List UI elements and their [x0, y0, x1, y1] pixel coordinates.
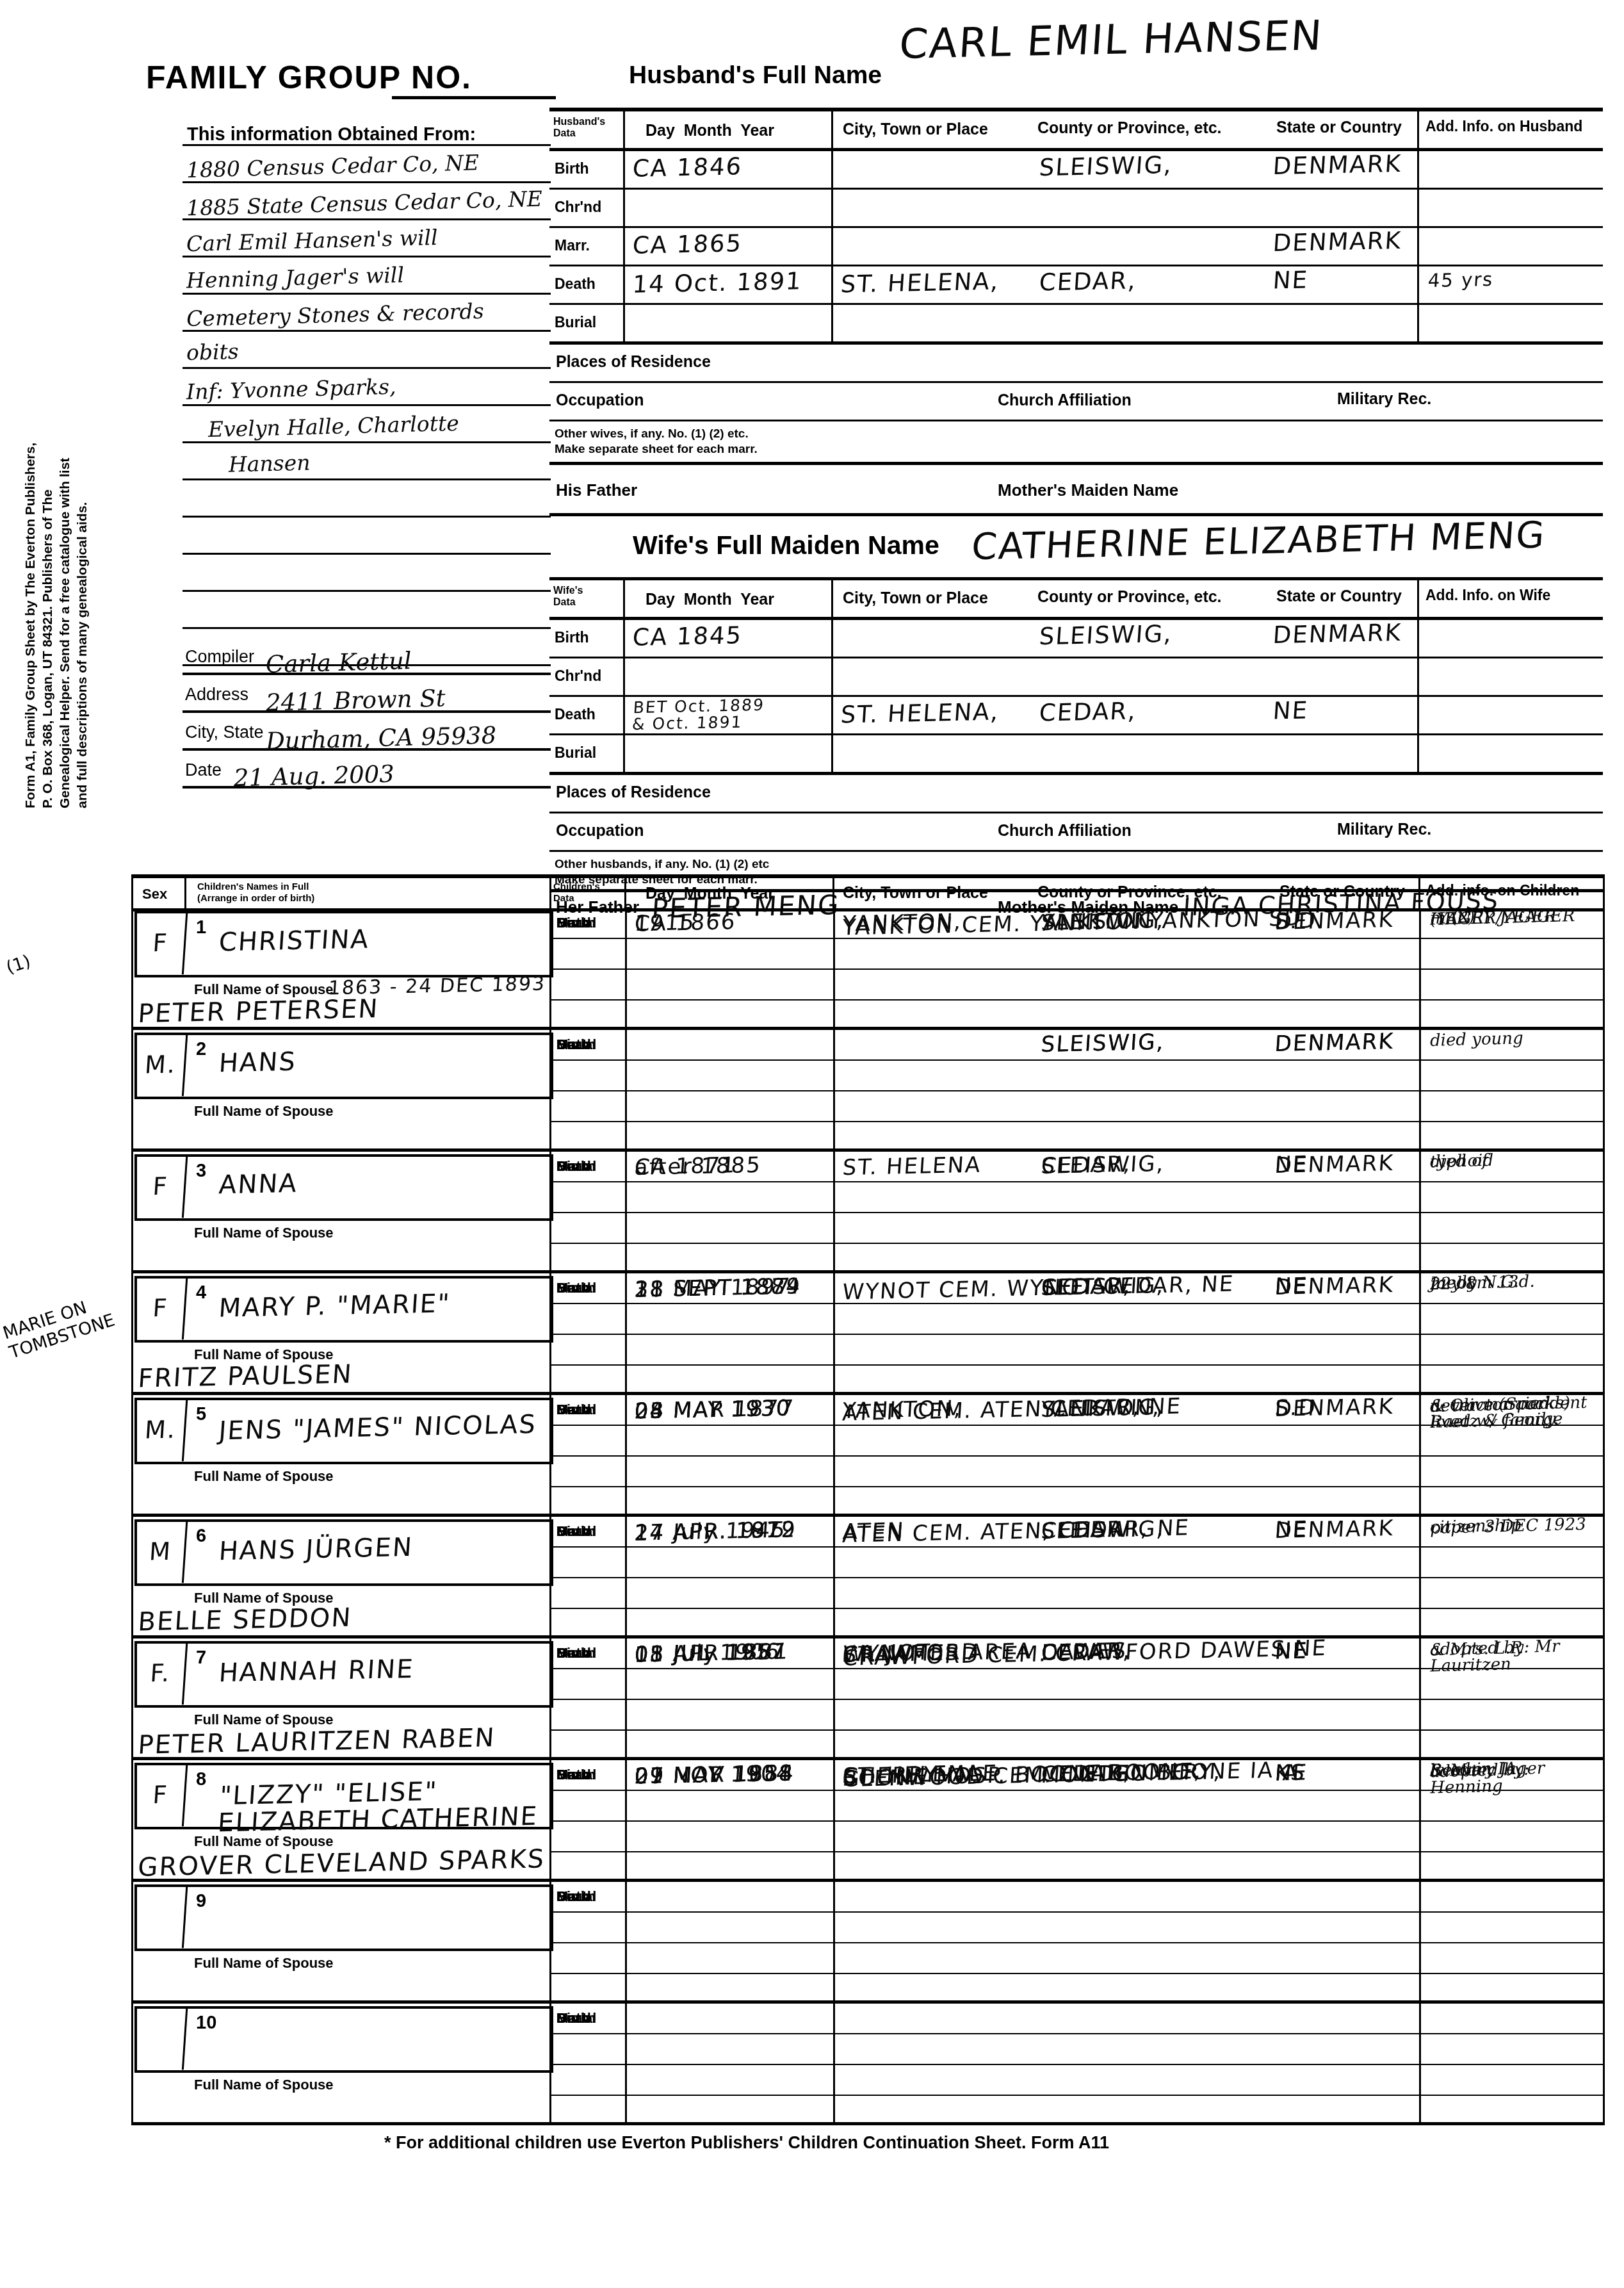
husband-column-header: Husband's Data Day Month Year City, Town… — [549, 111, 1603, 151]
occupation-label: Occupation — [556, 391, 644, 410]
child-row: M 6 HANS JÜRGEN Full Name of Spouse BELL… — [133, 1517, 1603, 1638]
child-row: F 8 "LIZZY" "ELISE" ELIZABETH CATHERINE … — [133, 1760, 1603, 1882]
source-line: Hansen — [183, 443, 551, 480]
marriage-date-value: CA 1865 — [631, 229, 743, 259]
child-marriage-row: Marr. 28 SEPT 1889 CEDAR, NE Jaedt — [551, 1304, 1605, 1335]
date-row: Date 21 Aug. 2003 — [183, 751, 551, 789]
source-line: 1880 Census Cedar Co, NE — [183, 146, 551, 183]
spouse-label: Full Name of Spouse — [194, 1103, 334, 1120]
spouse-label: Full Name of Spouse — [194, 1833, 334, 1850]
child-vitals: Birth SLEISWIG, DENMARK Marr. Death SLEI… — [549, 1030, 1605, 1148]
child-marriage-row: Marr. — [551, 1061, 1605, 1091]
spouse-label: Full Name of Spouse — [194, 2077, 334, 2093]
margin-annotation — [7, 1893, 126, 1933]
margin-annotation: MARIE ON TOMBSTONE — [1, 1286, 133, 1363]
row-label: Burial — [556, 1280, 596, 1296]
child-burial-row: Burial 08 MAY 1930 ATEN CEM. ATEN CEDAR,… — [551, 1487, 1605, 1517]
child-death-row: Death SLEISWIG, DENMARK died young — [551, 1091, 1605, 1122]
child-name-box: F 1 CHRISTINA — [134, 911, 553, 977]
spouse-name-value: PETER LAURITZEN RABEN — [137, 1723, 496, 1760]
husband-birth-row: Birth CA 1846 SLEISWIG, DENMARK — [549, 151, 1603, 190]
death-state-value: DENMARK — [1274, 1029, 1395, 1057]
add-info-husband-header: Add. Info. on Husband — [1425, 118, 1582, 135]
child-name-value: HANNAH RINE — [218, 1656, 415, 1687]
military-rec-label: Military Rec. — [1337, 390, 1431, 409]
child-name-value: CHRISTINA — [218, 926, 370, 956]
row-label: Burial — [556, 1523, 596, 1540]
burial-date-value: 08 MAY 1930 — [633, 1395, 792, 1424]
child-row: F 3 ANNA Full Name of Spouse Birth CA 18… — [133, 1152, 1603, 1273]
compiler-block: Compiler Carla Kettul Address 2411 Brown… — [183, 637, 551, 789]
child-burial-row: Burial YANKTON CEM. YANKTON YANKTON SD — [551, 1001, 1605, 1030]
death-city-value: ST. HELENA, — [840, 698, 1000, 728]
marriage-add-info-value: & Mrs. L.P. Lauritzen — [1429, 1638, 1605, 1674]
child-row: M. 2 HANS Full Name of Spouse Birth SLEI… — [133, 1030, 1603, 1152]
child-birth-row: Birth — [551, 2004, 1605, 2034]
birth-state-value: DENMARK — [1272, 150, 1402, 180]
child-name-value: "LIZZY" "ELISE" ELIZABETH CATHERINE — [217, 1776, 540, 1836]
child-name-box: M 6 HANS JÜRGEN — [134, 1519, 553, 1586]
husband-occupation-row: Occupation Church Affiliation Military R… — [549, 383, 1603, 421]
child-number: 4 — [196, 1282, 206, 1303]
row-label: Burial — [556, 1036, 596, 1053]
places-of-residence-label: Places of Residence — [556, 783, 711, 802]
his-father-row: His Father Mother's Maiden Name — [549, 465, 1603, 516]
child-number: 10 — [196, 2013, 216, 2034]
marriage-add-info-value: paper 3 DEC 1923 — [1430, 1517, 1586, 1537]
spouse-name-value: FRITZ PAULSEN — [137, 1360, 353, 1394]
child-marriage-row: Marr. & Olive (Sparks) Raetz & family. — [551, 1426, 1605, 1457]
margin-annotation — [7, 1772, 126, 1811]
child-marriage-row: Marr. HENRY JAGER — [551, 939, 1605, 970]
child-death-row: Death after 1885 ST. HELENA CEDAR, NE ty… — [551, 1213, 1605, 1244]
death-state-value: IA — [1274, 1760, 1300, 1786]
spouse-label: Full Name of Spouse — [194, 1468, 334, 1485]
child-row: MARIE ON TOMBSTONE F 4 MARY P. "MARIE" F… — [133, 1273, 1603, 1395]
row-label: Death — [555, 275, 596, 293]
margin-annotation — [7, 1042, 126, 1081]
death-date-value: 31 MAY 1897 — [633, 1273, 792, 1302]
child-number: 9 — [196, 1891, 206, 1912]
margin-annotation — [7, 1528, 126, 1567]
wife-burial-row: Burial — [549, 735, 1603, 775]
birth-date-value: CA 1845 — [631, 621, 743, 651]
husband-places-row: Places of Residence — [549, 345, 1603, 383]
row-label: Death — [555, 706, 596, 723]
child-number: 6 — [196, 1526, 206, 1547]
child-vitals: Birth 18 SEPT 1874 SLEISWIG, DENMARK m: … — [549, 1273, 1605, 1392]
child-vitals: Birth Marr. Death — [549, 1882, 1605, 2000]
death-date-value: BET Oct. 1889 & Oct. 1891 — [631, 697, 765, 733]
child-row: (1) F 1 CHRISTINA Full Name of Spouse 18… — [133, 908, 1603, 1030]
child-burial-row: Burial — [551, 2096, 1605, 2125]
death-add-info-value: d: tractor accident — [1430, 1395, 1587, 1415]
row-label: Burial — [556, 1767, 596, 1783]
date-label: Date — [185, 760, 222, 780]
row-label: Burial — [555, 314, 596, 331]
sources-label: This information Obtained From: — [187, 124, 476, 145]
death-add-info-value: 45 yrs — [1427, 270, 1494, 290]
spouse-name-value: PETER PETERSEN — [137, 994, 380, 1029]
burial-date-value: 09 NOV 1958 — [633, 1760, 794, 1789]
child-row: 10 Full Name of Spouse Birth Marr. — [133, 2004, 1603, 2125]
sources-list: 1880 Census Cedar Co, NE 1885 State Cens… — [183, 144, 551, 666]
wife-title-row: Wife's Full Maiden Name CATHERINE ELIZAB… — [549, 516, 1603, 580]
child-vitals: Birth Marr. Death — [549, 2004, 1605, 2122]
death-state-value: NE — [1274, 1151, 1309, 1177]
death-add-info-value: 22y 8m 13d. — [1430, 1274, 1535, 1293]
row-label: Burial — [556, 1401, 596, 1418]
husband-marriage-row: Marr. CA 1865 DENMARK — [549, 228, 1603, 266]
child-death-row: Death 07 NOV 1958 BOONE HOSP. BOONE BOON… — [551, 1822, 1605, 1852]
child-death-row: Death 31 MAY 1897 CEDAR, NE 22y 8m 13d. — [551, 1335, 1605, 1366]
death-add-info-value: typhoid — [1430, 1153, 1494, 1171]
death-add-info-value: died young — [1430, 1031, 1523, 1049]
death-city-value: ST. HELENA, — [840, 267, 1000, 298]
row-label: Burial — [556, 1888, 596, 1905]
footer-note: * For additional children use Everton Pu… — [384, 2133, 1109, 2153]
child-vitals: Birth 15 APR 1881 ST. JAMES AREA CEDAR, … — [549, 1638, 1605, 1757]
address-label: Address — [185, 685, 248, 705]
death-date-value: after 1885 — [634, 1152, 763, 1181]
birth-state-value: DENMARK — [1272, 619, 1402, 649]
child-marriage-row: Marr. 24 APR. 1912 paper 3 DEC 1923 — [551, 1548, 1605, 1578]
child-death-row: Death 17 July 1945 ATEN CEDAR NE — [551, 1578, 1605, 1609]
burial-add-info-value: Beaver, IA — [1430, 1761, 1517, 1779]
child-name-value: HANS JÜRGEN — [218, 1534, 414, 1565]
death-date-value: 14 Oct. 1891 — [631, 267, 803, 298]
state-header: State or Country — [1276, 587, 1402, 606]
child-vitals: Birth CA 1871 SLEISWIG, DENMARK Marr. di… — [549, 1152, 1605, 1270]
source-line: Cemetery Stones & records — [183, 295, 551, 332]
child-burial-row: Burial — [551, 1244, 1605, 1273]
child-row: F. 7 HANNAH RINE Full Name of Spouse PET… — [133, 1638, 1603, 1760]
day-month-year-header: Day Month Year — [646, 591, 774, 609]
child-sex-value — [135, 1886, 188, 1949]
death-county-value: CEDAR, — [1038, 697, 1137, 726]
address-row: Address 2411 Brown St — [183, 675, 551, 713]
child-name-box: F 8 "LIZZY" "ELISE" ELIZABETH CATHERINE — [134, 1763, 553, 1829]
wife-name-value: CATHERINE ELIZABETH MENG — [970, 514, 1547, 569]
spouse-name-value: BELLE SEDDON — [137, 1603, 353, 1637]
row-label: Burial — [556, 1645, 596, 1662]
date-value: 21 Aug. 2003 — [233, 760, 394, 792]
state-header: State or Country — [1279, 883, 1405, 901]
child-sex-value: F. — [135, 1643, 188, 1706]
source-text: Hansen — [229, 450, 311, 477]
children-table: Sex Children's Names in Full (Arrange in… — [131, 874, 1605, 2125]
wife-birth-row: Birth CA 1845 SLEISWIG, DENMARK — [549, 620, 1603, 658]
other-wives-note: Other wives, if any. No. (1) (2) etc. Ma… — [555, 427, 758, 457]
child-name-box: F. 7 HANNAH RINE — [134, 1641, 553, 1708]
military-rec-label: Military Rec. — [1337, 821, 1431, 839]
city-header: City, Town or Place — [843, 120, 988, 139]
wife-column-header: Wife's Data Day Month Year City, Town or… — [549, 580, 1603, 620]
child-name-value: JENS "JAMES" NICOLAS — [218, 1411, 537, 1444]
child-birth-row: Birth — [551, 1882, 1605, 1913]
blank-rule-line — [183, 518, 551, 555]
marriage-state-value: DENMARK — [1272, 227, 1402, 257]
child-row: 9 Full Name of Spouse Birth Marr. — [133, 1882, 1603, 2004]
death-add-info-value: (YAGER/YEAGER — [1430, 908, 1575, 928]
spouse-name-value: GROVER CLEVELAND SPARKS — [137, 1844, 546, 1882]
source-text: Carl Emil Hansen's will — [186, 225, 438, 256]
death-county-value: CEDAR, — [1038, 266, 1137, 296]
child-sex-value — [135, 2008, 188, 2071]
child-name-value: HANS — [218, 1049, 298, 1077]
death-city-value: ST. HELENA — [841, 1152, 982, 1181]
husband-name-value: CARL EMIL HANSEN — [898, 12, 1324, 69]
death-state-value: NE — [1274, 1516, 1309, 1542]
death-date-value: 17 July 1945 — [633, 1517, 787, 1546]
family-group-sheet-page: Form A1, Family Group Sheet by The Evert… — [0, 0, 1624, 2288]
source-text: Cemetery Stones & records — [186, 298, 484, 331]
margin-annotation — [7, 2015, 126, 2054]
birth-county-value: SLEISWIG, — [1038, 151, 1173, 181]
birth-date-value: CA 1846 — [631, 152, 743, 183]
spouse-label: Full Name of Spouse — [194, 1225, 334, 1241]
death-state-value: NE — [1272, 696, 1310, 724]
margin-annotation — [7, 1650, 126, 1689]
county-header: County or Province, etc. — [1037, 883, 1222, 902]
places-of-residence-label: Places of Residence — [556, 353, 711, 372]
child-sex-value: M — [135, 1521, 188, 1584]
church-affiliation-label: Church Affiliation — [998, 822, 1132, 840]
child-number: 2 — [196, 1039, 206, 1060]
husband-death-row: Death 14 Oct. 1891 ST. HELENA, CEDAR, NE… — [549, 266, 1603, 305]
husband-christened-row: Chr'nd — [549, 190, 1603, 228]
compiler-row: Compiler Carla Kettul — [183, 637, 551, 675]
form-title: FAMILY GROUP NO. — [146, 59, 472, 96]
blank-rule-line — [183, 592, 551, 629]
source-text: obits — [186, 339, 240, 365]
state-header: State or Country — [1276, 118, 1402, 137]
child-sex-value: F — [135, 1156, 188, 1219]
child-vitals: Birth 21 MAR 1884 ST. HELENA CEDAR, NE a… — [549, 1760, 1605, 1879]
city-state-label: City, State — [185, 723, 264, 742]
child-marriage-row: Marr. — [551, 1913, 1605, 1943]
child-sex-value: F — [135, 1278, 188, 1341]
spouse-label: Full Name of Spouse — [194, 1712, 334, 1728]
occupation-label: Occupation — [556, 822, 644, 840]
county-header: County or Province, etc. — [1037, 119, 1222, 138]
compiler-label: Compiler — [185, 647, 254, 667]
margin-annotation: (1) — [4, 920, 129, 978]
death-date-value: 1915 — [634, 910, 696, 936]
mothers-maiden-name-label: Mother's Maiden Name — [998, 480, 1178, 500]
child-name-box: 10 — [134, 2006, 553, 2073]
child-number: 1 — [196, 917, 206, 938]
child-burial-row: Burial — [551, 1974, 1605, 2004]
child-burial-row: Burial WYNOT CEM. WYNOT CEDAR, NE — [551, 1366, 1605, 1395]
child-vitals: Birth CA 1866 SLEISWIG, DENMARK m:(2) Ma… — [549, 908, 1605, 1027]
child-burial-row: Burial 09 NOV 1958 GLENWOOD CEM. OGDEN B… — [551, 1852, 1605, 1882]
child-number: 8 — [196, 1769, 206, 1790]
child-sex-value: F — [135, 913, 188, 976]
row-label: Birth — [555, 629, 589, 646]
day-month-year-header: Day Month Year — [646, 122, 774, 140]
child-vitals: Birth 24 APR. 1879 SLEISWIG, DENMARK cit… — [549, 1517, 1605, 1635]
source-text: 1885 State Census Cedar Co, NE — [186, 186, 543, 221]
child-marriage-row: Marr. 18 JUL 1906 WYNOT CEDAR, NE & Mrs.… — [551, 1669, 1605, 1700]
row-label: Burial — [556, 1158, 596, 1175]
child-marriage-row: Marr. — [551, 2034, 1605, 2065]
publisher-side-note: Form A1, Family Group Sheet by The Evert… — [22, 347, 91, 808]
row-label: Chr'nd — [555, 667, 601, 685]
wife-places-row: Places of Residence — [549, 775, 1603, 813]
city-state-row: City, State Durham, CA 95938 — [183, 713, 551, 751]
husband-burial-row: Burial — [549, 305, 1603, 345]
child-number: 5 — [196, 1404, 206, 1425]
city-header: City, Town or Place — [843, 589, 988, 608]
burial-date-value: 03 July 1957 — [633, 1639, 787, 1668]
child-number: 3 — [196, 1161, 206, 1182]
child-name-box: M. 2 HANS — [134, 1033, 553, 1099]
row-label: Marr. — [555, 237, 590, 254]
row-label: Birth — [555, 160, 589, 177]
death-county-value: CEDAR, — [1041, 1152, 1132, 1179]
child-death-row: Death 01 July 1957 CRAWFORD DAWES NE — [551, 1700, 1605, 1731]
child-name-box: F 4 MARY P. "MARIE" — [134, 1276, 553, 1343]
row-label: Burial — [556, 2010, 596, 2027]
source-text: Inf: Yvonne Sparks, — [186, 374, 396, 405]
child-sex-value: M. — [135, 1034, 188, 1097]
form-number-blank-line — [392, 96, 556, 99]
add-info-children-header: Add. info. on Children — [1425, 882, 1579, 899]
child-death-row: Death — [551, 1943, 1605, 1974]
source-text: Henning Jager's will — [186, 263, 405, 293]
child-number: 7 — [196, 1647, 206, 1669]
sex-header: Sex — [142, 886, 167, 903]
husband-data-col-label: Husband's Data — [553, 117, 605, 140]
child-death-row: Death — [551, 2065, 1605, 2096]
source-line: 1885 State Census Cedar Co, NE — [183, 183, 551, 220]
child-vitals: Birth 24 MAR 1877 SLEISWIG, DENMARK neve… — [549, 1395, 1605, 1514]
row-label: Chr'nd — [555, 199, 601, 216]
wife-christened-row: Chr'nd — [549, 658, 1603, 697]
row-label: Burial — [556, 915, 596, 931]
day-month-year-header: Day Month Year — [646, 885, 774, 903]
compiler-value: Carla Kettul — [265, 647, 412, 678]
source-line: Carl Emil Hansen's will — [183, 220, 551, 257]
vitals-grid: Husband's Data Day Month Year City, Town… — [549, 108, 1603, 921]
county-header: County or Province, etc. — [1037, 588, 1222, 607]
death-state-value: NE — [1272, 266, 1310, 294]
source-text: 1880 Census Cedar Co, NE — [186, 150, 480, 183]
city-header: City, Town or Place — [843, 884, 988, 903]
source-text: Evelyn Halle, Charlotte — [208, 411, 460, 442]
child-name-box: M. 5 JENS "JAMES" NICOLAS — [134, 1398, 553, 1464]
his-father-label: His Father — [556, 480, 637, 500]
wife-data-col-label: Wife's Data — [553, 585, 583, 609]
children-column-header: Sex Children's Names in Full (Arrange in… — [133, 878, 1603, 911]
blank-rule-line — [183, 555, 551, 592]
children-data-col-label: Children's Data — [553, 881, 600, 904]
address-value: 2411 Brown St — [265, 684, 446, 716]
wife-death-row: Death BET Oct. 1889 & Oct. 1891 ST. HELE… — [549, 697, 1603, 735]
source-line: obits — [183, 332, 551, 369]
death-county-value: SLEISWIG, — [1041, 1029, 1165, 1058]
child-death-row: Death 1915 YANKTON, YANKTON S.D. (YAGER/… — [551, 970, 1605, 1001]
spouse-label: Full Name of Spouse — [194, 1955, 334, 1972]
other-wives-row: Other wives, if any. No. (1) (2) etc. Ma… — [549, 421, 1603, 465]
wife-name-label: Wife's Full Maiden Name — [633, 530, 939, 560]
children-names-header: Children's Names in Full (Arrange in ord… — [197, 881, 314, 904]
child-burial-row: Burial ATEN CEM. ATEN, CEDAR, NE — [551, 1609, 1605, 1638]
child-death-row: Death 05 MAY 1930 YANKTON, YANKTON, S.D.… — [551, 1457, 1605, 1487]
city-state-value: Durham, CA 95938 — [265, 721, 496, 755]
source-line: Inf: Yvonne Sparks, — [183, 369, 551, 406]
child-name-value: ANNA — [218, 1170, 299, 1199]
child-marriage-row: Marr. died of — [551, 1182, 1605, 1213]
birth-county-value: SLEISWIG, — [1038, 620, 1173, 650]
child-burial-row: Burial 03 July 1957 CRAWFORD CEM. CRAWFO… — [551, 1731, 1605, 1760]
child-sex-value: F — [135, 1765, 188, 1827]
source-line: Henning Jager's will — [183, 257, 551, 295]
margin-annotation — [7, 1163, 126, 1202]
child-name-value: MARY P. "MARIE" — [218, 1290, 451, 1322]
child-row: M. 5 JENS "JAMES" NICOLAS Full Name of S… — [133, 1395, 1603, 1517]
child-name-box: F 3 ANNA — [134, 1154, 553, 1221]
church-affiliation-label: Church Affiliation — [998, 391, 1132, 410]
wife-occupation-row: Occupation Church Affiliation Military R… — [549, 813, 1603, 852]
husband-name-label: Husband's Full Name — [629, 61, 882, 90]
child-sex-value: M. — [135, 1400, 188, 1462]
death-state-value: S.D. — [1274, 1394, 1326, 1421]
margin-annotation — [7, 1407, 126, 1446]
blank-rule-line — [183, 480, 551, 518]
row-label: Burial — [555, 744, 596, 762]
death-state-value: NE — [1274, 1273, 1309, 1299]
add-info-wife-header: Add. Info. on Wife — [1425, 587, 1550, 604]
child-name-box: 9 — [134, 1884, 553, 1951]
child-burial-row: Burial — [551, 1122, 1605, 1152]
source-line: Evelyn Halle, Charlotte — [183, 406, 551, 443]
